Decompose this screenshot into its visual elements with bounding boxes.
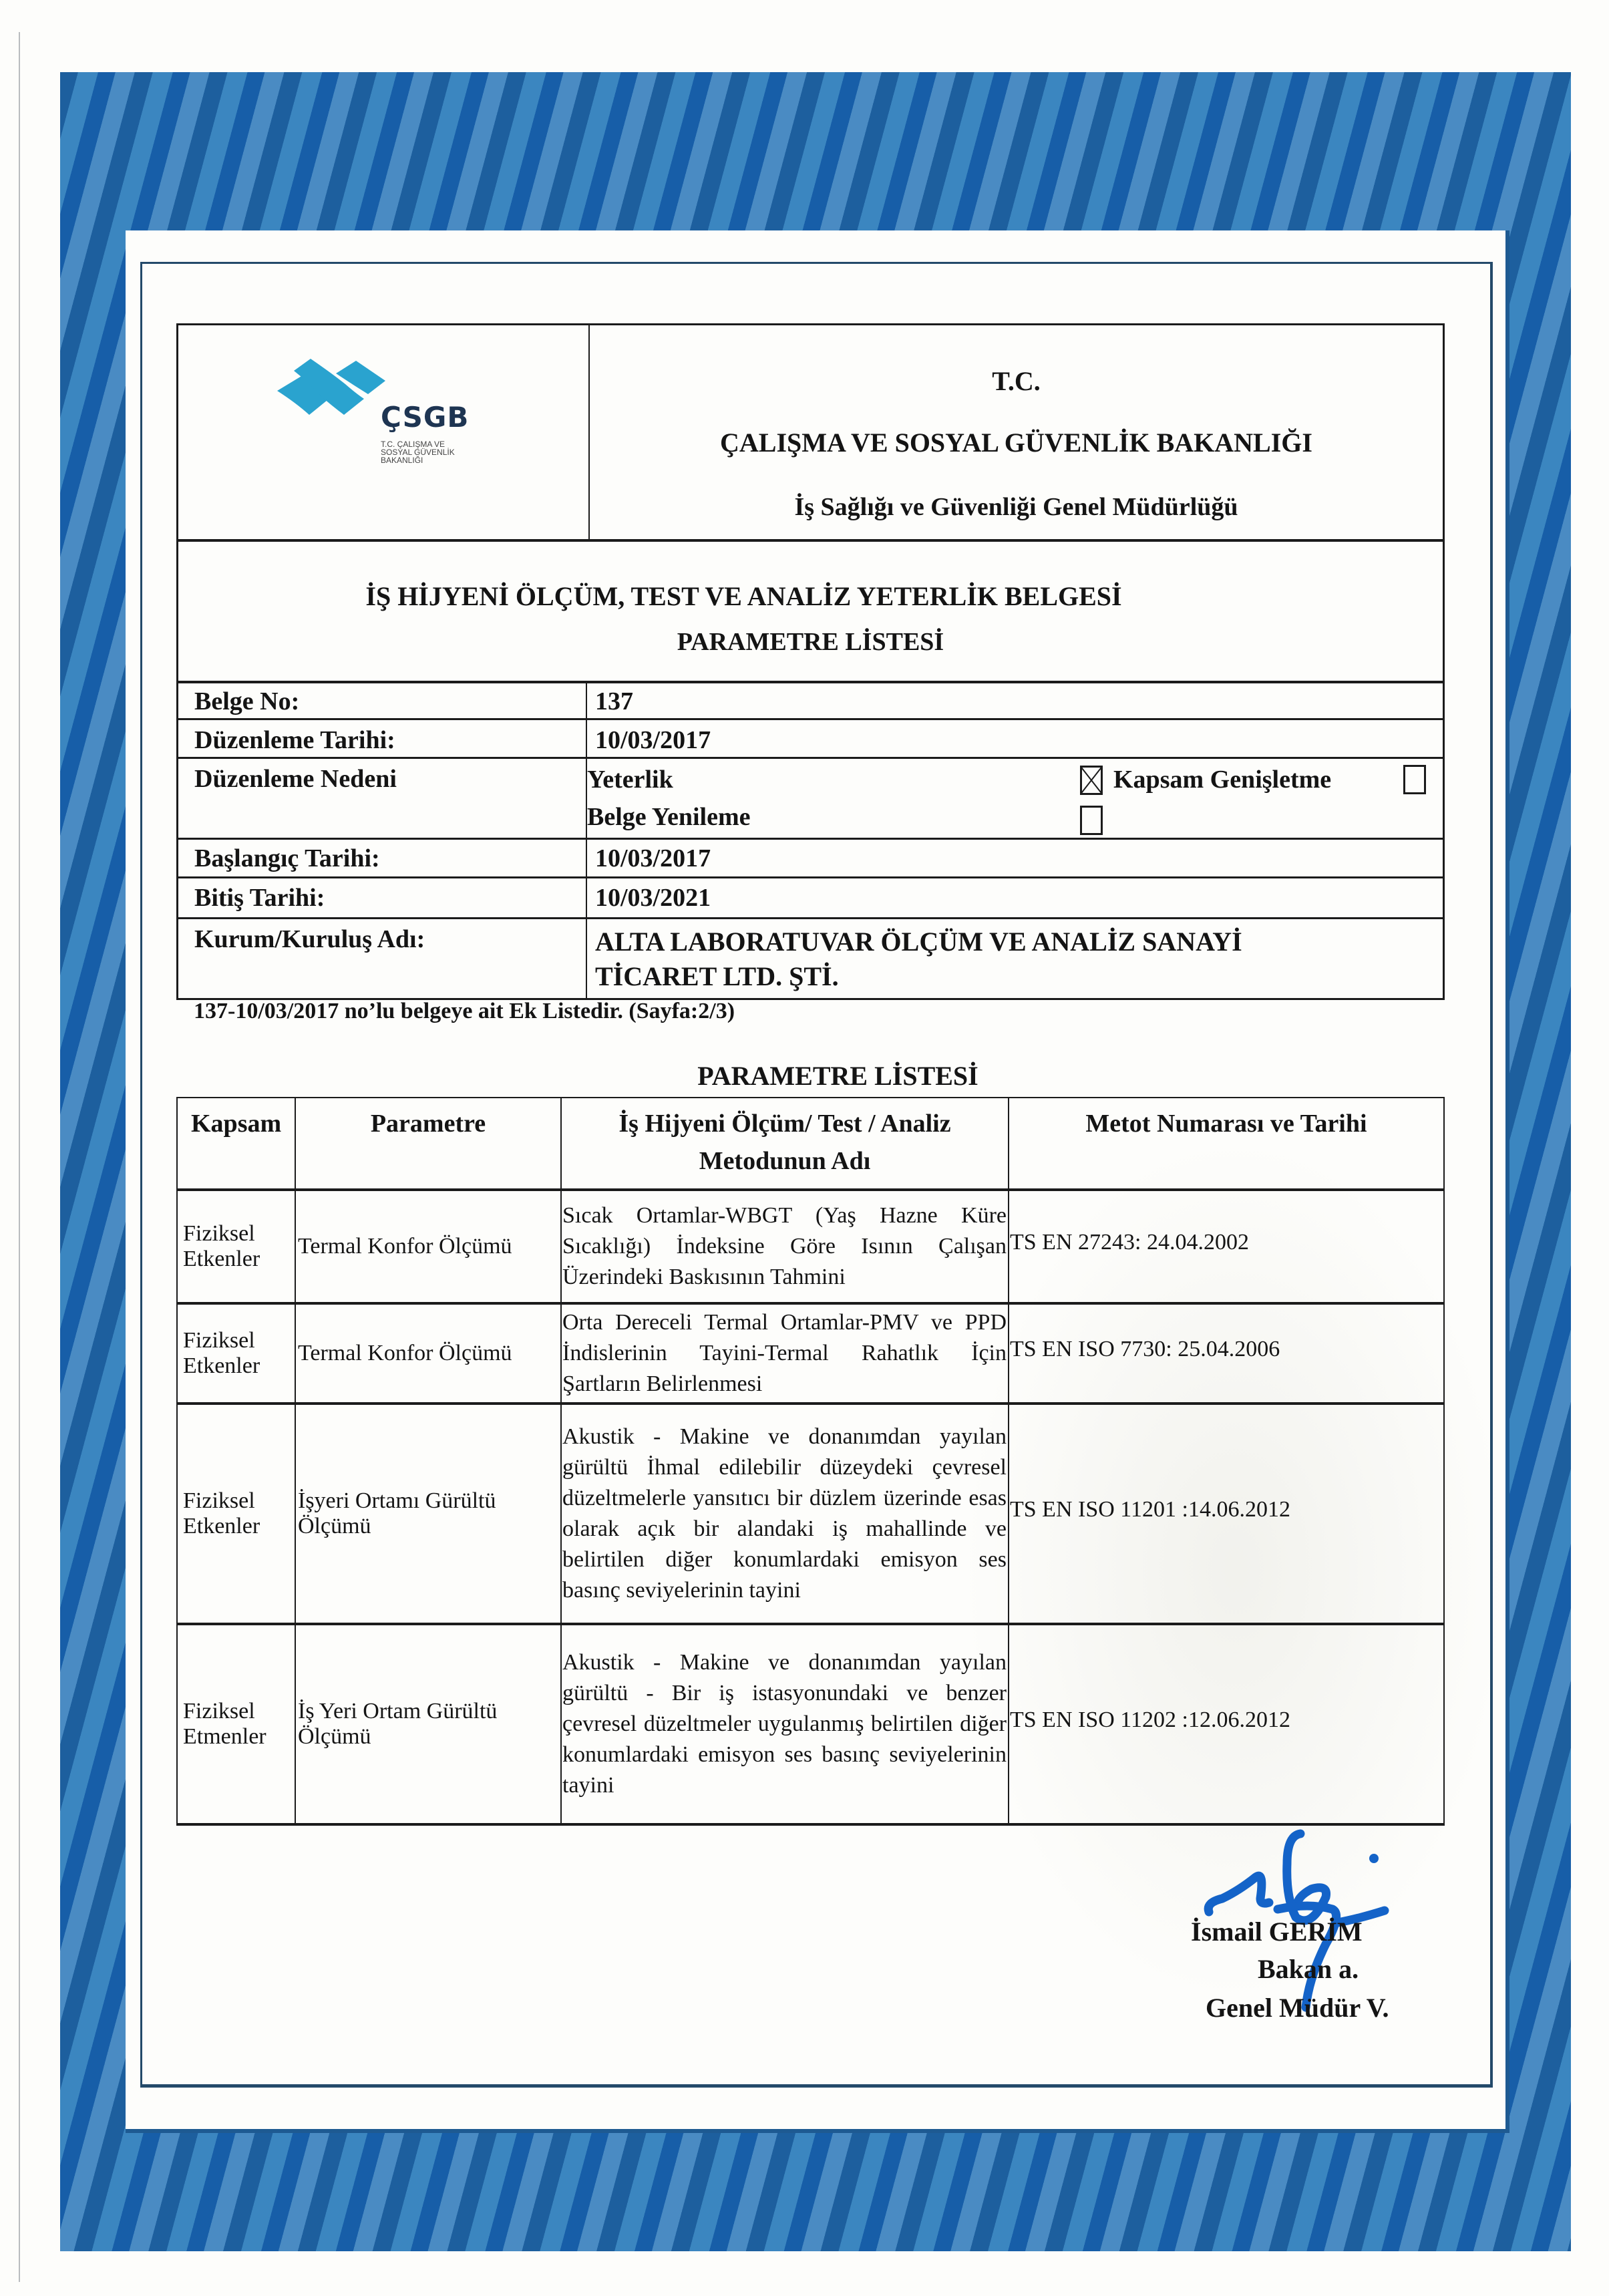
certificate-title: İŞ HİJYENİ ÖLÇÜM, TEST VE ANALİZ YETERLİ… (178, 581, 1309, 612)
certificate-subtitle: PARAMETRE LİSTESİ (178, 627, 1443, 657)
state-title: T.C. (590, 365, 1443, 397)
logo-acronym: ÇSGB (381, 401, 469, 434)
directorate-title: İş Sağlığı ve Güvenliği Genel Müdürlüğü (590, 492, 1443, 522)
belge-no-value: 137 (587, 683, 1443, 718)
ministry-title: ÇALIŞMA VE SOSYAL GÜVENLİK BAKANLIĞI (590, 427, 1443, 458)
cell-parametre: İşyeri Ortamı Gürültü Ölçümü (295, 1404, 561, 1624)
cell-kapsam: Fiziksel Etkenler (177, 1190, 295, 1303)
info-row-bitis-tarihi: Bitiş Tarihi: 10/03/2021 (178, 878, 1443, 919)
logo-subtitle: T.C. ÇALIŞMA VE SOSYAL GÜVENLİK BAKANLIĞ… (381, 440, 488, 464)
column-header-metod: İş Hijyeni Ölçüm/ Test / Analiz Metodunu… (561, 1098, 1009, 1190)
signatory-title-line1: Bakan a. (1258, 1953, 1359, 1985)
bitis-tarihi-label: Bitiş Tarihi: (178, 878, 587, 917)
info-row-belge-no: Belge No: 137 (178, 683, 1443, 720)
table-row: Fiziksel Etkenlerİşyeri Ortamı Gürültü Ö… (177, 1404, 1444, 1624)
checkbox-belge-yenileme-icon[interactable] (1080, 806, 1103, 835)
cell-metod: Akustik - Makine ve donanımdan yayılan g… (561, 1624, 1009, 1824)
table-row: Fiziksel EtkenlerTermal Konfor ÖlçümüSıc… (177, 1190, 1444, 1303)
signatory-title-line2: Genel Müdür V. (1206, 1992, 1389, 2023)
cell-kapsam: Fiziksel Etkenler (177, 1404, 295, 1624)
cell-metod: Akustik - Makine ve donanımdan yayılan g… (561, 1404, 1009, 1624)
checkbox-kapsam-genisletme-icon[interactable] (1403, 765, 1426, 794)
option-yeterlik-label: Yeterlik (587, 763, 673, 796)
parameter-list-title: PARAMETRE LİSTESİ (33, 1060, 1609, 1092)
cell-kapsam: Fiziksel Etmenler (177, 1624, 295, 1824)
option-kapsam-genisletme-label: Kapsam Genişletme (1113, 763, 1331, 796)
signatory-name: İsmail GERİM (1191, 1916, 1363, 1947)
cell-parametre: Termal Konfor Ölçümü (295, 1190, 561, 1303)
parameter-table-header: Kapsam Parametre İş Hijyeni Ölçüm/ Test … (177, 1098, 1444, 1190)
cell-metod: Orta Dereceli Termal Ortamlar-PMV ve PPD… (561, 1303, 1009, 1404)
column-header-kapsam: Kapsam (177, 1098, 295, 1190)
duzenleme-nedeni-label: Düzenleme Nedeni (178, 759, 587, 838)
header-top-row: ÇSGB T.C. ÇALIŞMA VE SOSYAL GÜVENLİK BAK… (178, 325, 1443, 542)
certificate-title-block: İŞ HİJYENİ ÖLÇÜM, TEST VE ANALİZ YETERLİ… (178, 542, 1443, 683)
header-titles: T.C. ÇALIŞMA VE SOSYAL GÜVENLİK BAKANLIĞ… (590, 325, 1443, 539)
bitis-tarihi-value: 10/03/2021 (587, 878, 1443, 917)
baslangic-tarihi-value: 10/03/2017 (587, 840, 1443, 876)
annex-note: 137-10/03/2017 no’lu belgeye ait Ek List… (194, 999, 735, 1024)
csgb-logo-icon (277, 359, 387, 422)
baslangic-tarihi-label: Başlangıç Tarihi: (178, 840, 587, 876)
cell-metot-no: TS EN ISO 7730: 25.04.2006 (1009, 1303, 1444, 1404)
cell-metot-no: TS EN ISO 11202 :12.06.2012 (1009, 1624, 1444, 1824)
cell-metod: Sıcak Ortamlar-WBGT (Yaş Hazne Küre Sıca… (561, 1190, 1009, 1303)
option-belge-yenileme-label: Belge Yenileme (587, 800, 750, 834)
scan-margin-line (19, 32, 20, 2282)
cell-parametre: İş Yeri Ortam Gürültü Ölçümü (295, 1624, 561, 1824)
cell-parametre: Termal Konfor Ölçümü (295, 1303, 561, 1404)
info-row-kurum: Kurum/Kuruluş Adı: ALTA LABORATUVAR ÖLÇÜ… (178, 919, 1443, 998)
duzenleme-tarihi-label: Düzenleme Tarihi: (178, 720, 587, 757)
info-row-duzenleme-nedeni: Düzenleme Nedeni Yeterlik Kapsam Genişle… (178, 759, 1443, 840)
info-row-duzenleme-tarihi: Düzenleme Tarihi: 10/03/2017 (178, 720, 1443, 759)
kurum-label: Kurum/Kuruluş Adı: (178, 919, 587, 998)
certificate-header-box: ÇSGB T.C. ÇALIŞMA VE SOSYAL GÜVENLİK BAK… (176, 323, 1445, 1000)
parameter-table: Kapsam Parametre İş Hijyeni Ölçüm/ Test … (176, 1097, 1445, 1826)
duzenleme-nedeni-options: Yeterlik Kapsam Genişletme Belge Yenilem… (587, 759, 1443, 838)
kurum-value: ALTA LABORATUVAR ÖLÇÜM VE ANALİZ SANAYİ … (587, 919, 1443, 998)
checkbox-yeterlik-checked-icon[interactable] (1080, 766, 1103, 795)
cell-kapsam: Fiziksel Etkenler (177, 1303, 295, 1404)
cell-metot-no: TS EN 27243: 24.04.2002 (1009, 1190, 1444, 1303)
belge-no-label: Belge No: (178, 683, 587, 718)
table-row: Fiziksel Etmenlerİş Yeri Ortam Gürültü Ö… (177, 1624, 1444, 1824)
duzenleme-tarihi-value: 10/03/2017 (587, 720, 1443, 757)
table-row: Fiziksel EtkenlerTermal Konfor ÖlçümüOrt… (177, 1303, 1444, 1404)
cell-metot-no: TS EN ISO 11201 :14.06.2012 (1009, 1404, 1444, 1624)
column-header-parametre: Parametre (295, 1098, 561, 1190)
ministry-logo: ÇSGB T.C. ÇALIŞMA VE SOSYAL GÜVENLİK BAK… (178, 325, 590, 539)
column-header-metot-no: Metot Numarası ve Tarihi (1009, 1098, 1444, 1190)
info-row-baslangic-tarihi: Başlangıç Tarihi: 10/03/2017 (178, 840, 1443, 878)
